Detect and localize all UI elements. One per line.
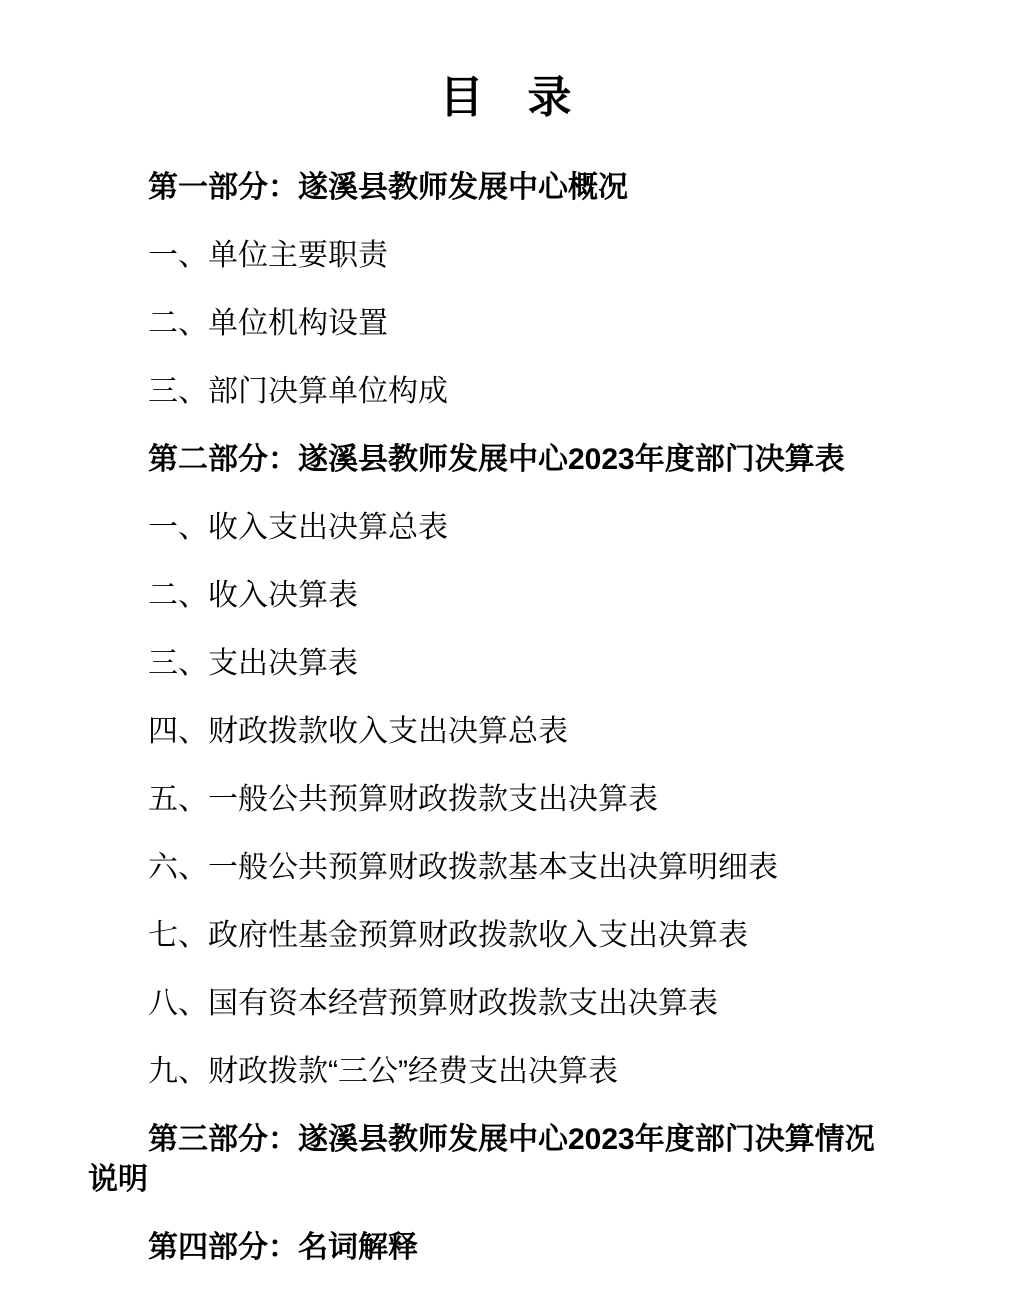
part-2-item-7: 七、政府性基金预算财政拨款收入支出决算表 [88,916,923,956]
part-2-item-8: 八、国有资本经营预算财政拨款支出决算表 [88,984,923,1024]
part-2-item-4: 四、财政拨款收入支出决算总表 [88,712,923,752]
part-2-item-1: 一、收入支出决算总表 [88,508,923,548]
part-2-item-5: 五、一般公共预算财政拨款支出决算表 [88,780,923,820]
part-3-heading: 第三部分：遂溪县教师发展中心2023年度部门决算情况说明 [88,1120,893,1200]
part-2-item-9: 九、财政拨款“三公”经费支出决算表 [88,1052,923,1092]
part-4-heading: 第四部分：名词解释 [88,1228,923,1268]
part-2-item-2: 二、收入决算表 [88,576,923,616]
part-2-item-3: 三、支出决算表 [88,644,923,684]
part-1-item-2: 二、单位机构设置 [88,304,923,344]
document-page: 目 录 第一部分：遂溪县教师发展中心概况 一、单位主要职责 二、单位机构设置 三… [0,0,1011,1293]
part-1-item-1: 一、单位主要职责 [88,236,923,276]
page-title: 目 录 [88,72,923,124]
part-1-item-3: 三、部门决算单位构成 [88,372,923,412]
part-1-heading: 第一部分：遂溪县教师发展中心概况 [88,168,923,208]
part-2-item-6: 六、一般公共预算财政拨款基本支出决算明细表 [88,848,923,888]
part-2-heading: 第二部分：遂溪县教师发展中心2023年度部门决算表 [88,440,923,480]
